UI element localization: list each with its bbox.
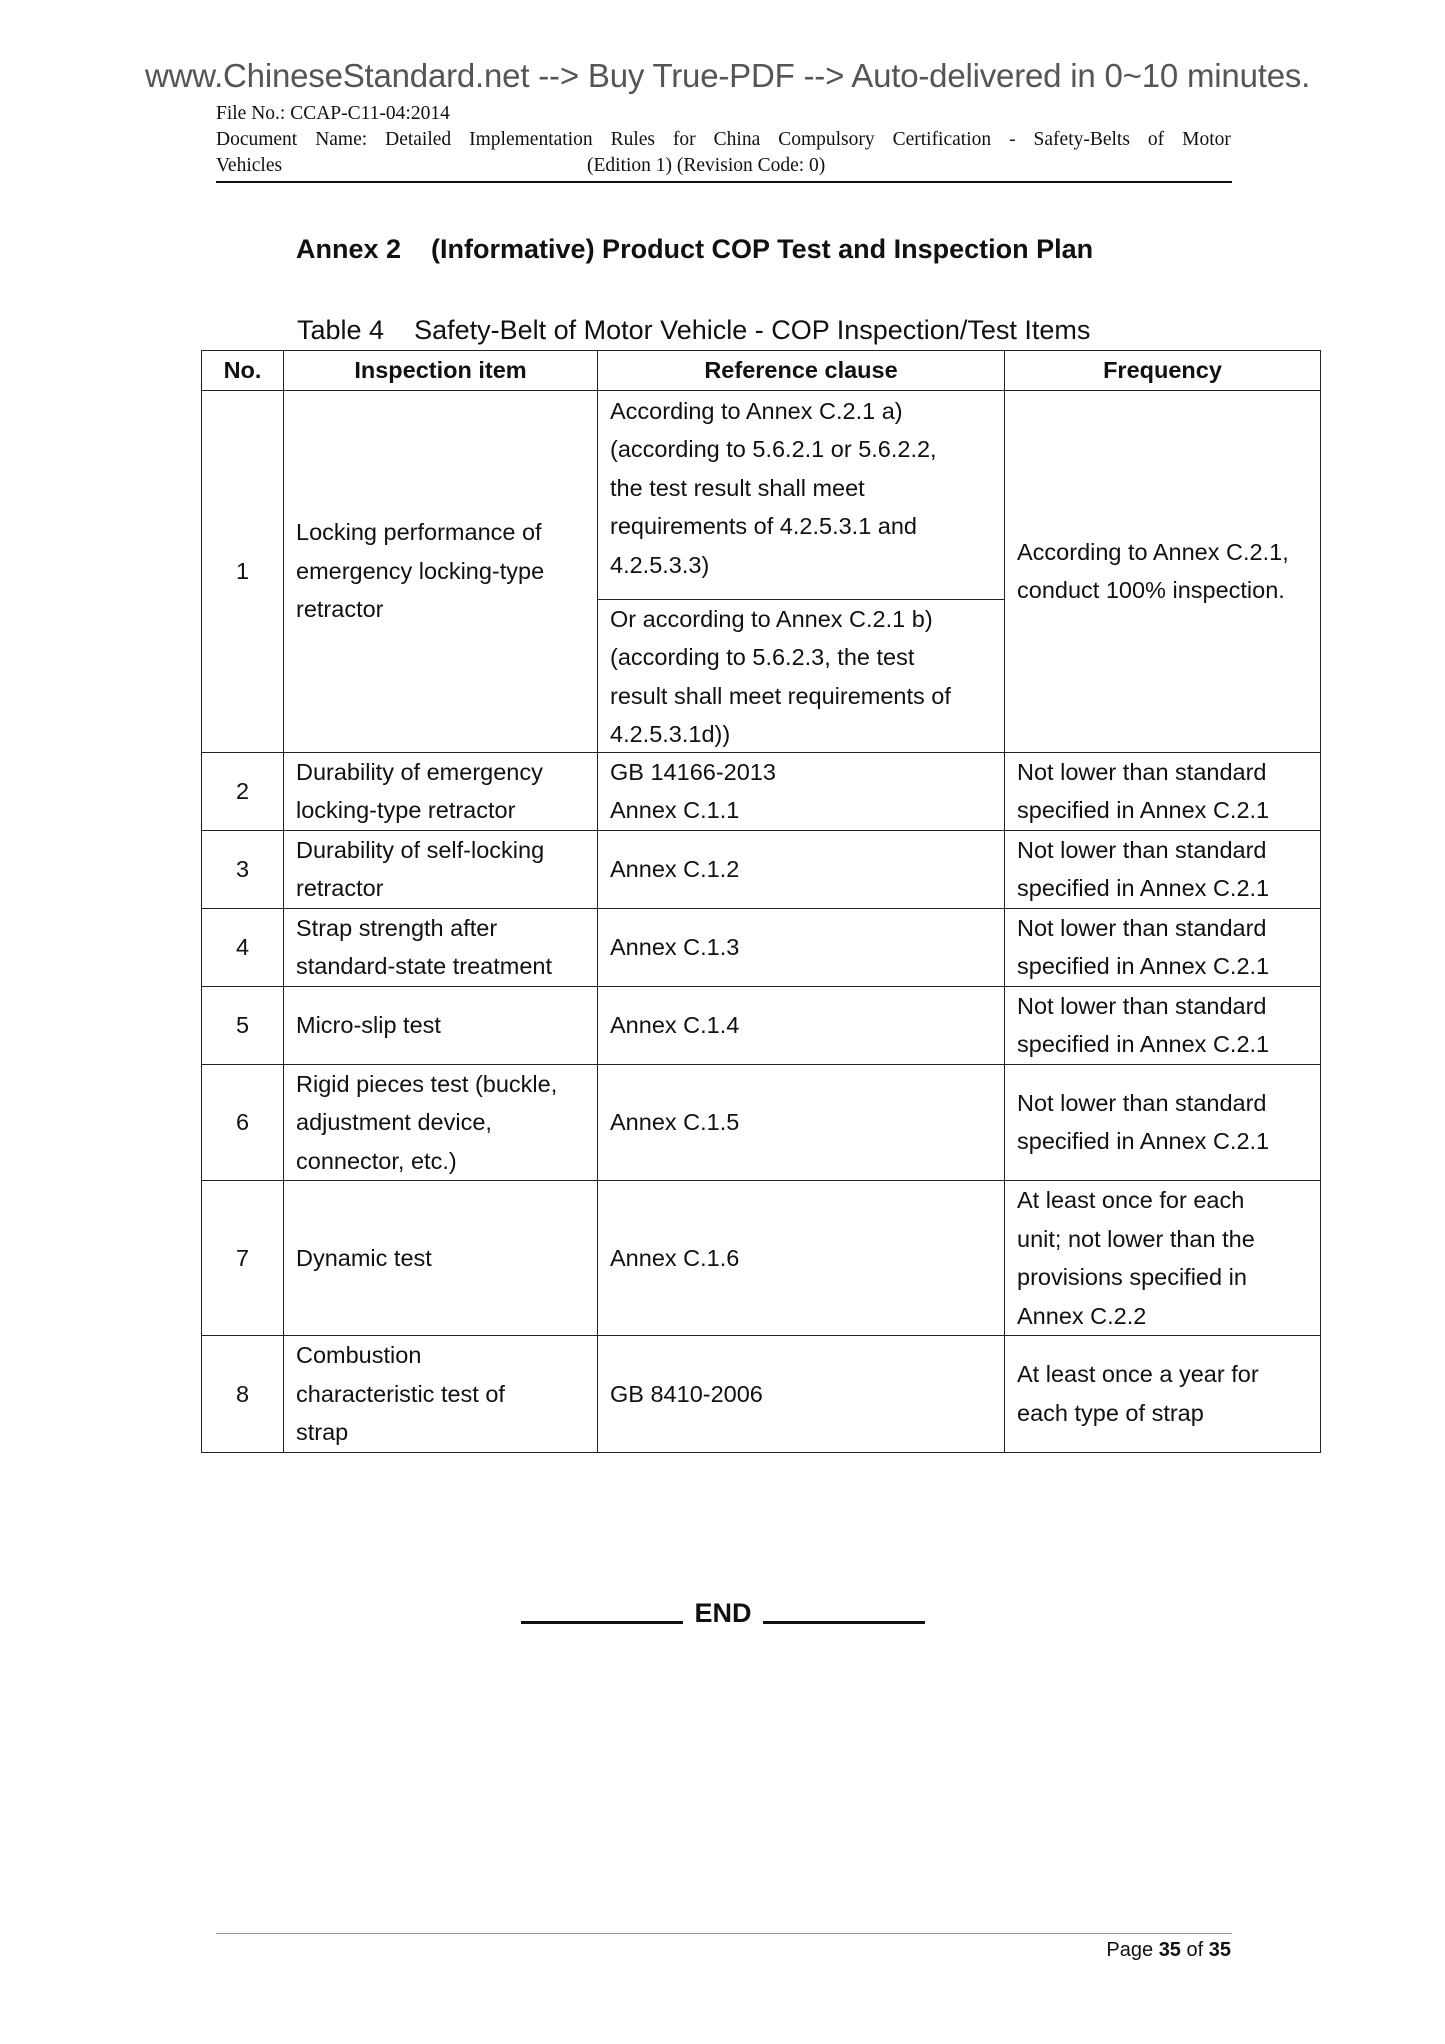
column-header-frequency: Frequency (1005, 351, 1321, 391)
header-divider (216, 181, 1232, 183)
page-number: Page 35 of 35 (1000, 1938, 1231, 1962)
frequency-line: unit; not lower than the (1017, 1220, 1310, 1259)
table-row: 7Dynamic testAnnex C.1.6At least once fo… (202, 1181, 1321, 1336)
inspection-item-line: Micro-slip test (296, 1006, 587, 1045)
frequency: Not lower than standardspecified in Anne… (1005, 908, 1321, 986)
inspection-item-line: retractor (296, 869, 587, 908)
document-name-word: Implementation (469, 128, 592, 152)
frequency-line: Annex C.2.2 (1017, 1297, 1310, 1336)
frequency-line: conduct 100% inspection. (1017, 571, 1310, 610)
reference-clause-line: the test result shall meet (610, 469, 994, 508)
inspection-item: Dynamic test (284, 1181, 598, 1336)
inspection-item-line: Rigid pieces test (buckle, (296, 1065, 587, 1104)
inspection-item-line: Dynamic test (296, 1239, 587, 1278)
inspection-item-line: strap (296, 1413, 587, 1452)
frequency-line: specified in Annex C.2.1 (1017, 791, 1310, 830)
table-row: 8Combustioncharacteristic test ofstrapGB… (202, 1336, 1321, 1453)
inspection-item-line: emergency locking-type (296, 552, 587, 591)
total-pages: 35 (1209, 1939, 1231, 1961)
document-name-word: for (673, 128, 696, 152)
frequency-line: At least once a year for (1017, 1355, 1310, 1394)
frequency-line: specified in Annex C.2.1 (1017, 1122, 1310, 1161)
reference-clause: Annex C.1.3 (598, 908, 1005, 986)
inspection-item: Strap strength afterstandard-state treat… (284, 908, 598, 986)
document-name-tail: Vehicles (216, 155, 282, 176)
end-rule-right (763, 1621, 925, 1624)
row-number: 2 (202, 752, 284, 830)
end-label: END (694, 1598, 751, 1628)
reference-clause-line: Annex C.1.2 (610, 850, 994, 889)
document-name-word: Rules (611, 128, 655, 152)
frequency: Not lower than standardspecified in Anne… (1005, 1064, 1321, 1181)
frequency-line: provisions specified in (1017, 1258, 1310, 1297)
reference-clause-line: (according to 5.6.2.3, the test (610, 638, 994, 677)
reference-clause: GB 14166-2013Annex C.1.1 (598, 752, 1005, 830)
frequency-line: Not lower than standard (1017, 831, 1310, 870)
reference-clause-line: Annex C.1.6 (610, 1239, 994, 1278)
reference-clause-line: Annex C.1.4 (610, 1006, 994, 1045)
document-name-word: Name: (315, 128, 367, 152)
inspection-item-line: Locking performance of (296, 513, 587, 552)
frequency-line: Not lower than standard (1017, 987, 1310, 1026)
footer-divider (216, 1933, 1232, 1934)
frequency-line: According to Annex C.2.1, (1017, 533, 1310, 572)
document-name-word: Safety-Belts (1034, 128, 1130, 152)
column-header-inspection-item: Inspection item (284, 351, 598, 391)
document-name-continued: Vehicles (Edition 1) (Revision Code: 0) (216, 154, 1231, 178)
reference-clause-line: According to Annex C.2.1 a) (610, 392, 994, 431)
page-prefix: Page (1106, 1939, 1153, 1961)
inspection-item-line: locking-type retractor (296, 791, 587, 830)
reference-clause-line: GB 8410-2006 (610, 1375, 994, 1414)
reference-clause: According to Annex C.2.1 a)(according to… (598, 390, 1005, 752)
frequency-line: specified in Annex C.2.1 (1017, 869, 1310, 908)
inspection-item-line: retractor (296, 590, 587, 629)
table-row: 6Rigid pieces test (buckle,adjustment de… (202, 1064, 1321, 1181)
table-row: 2Durability of emergencylocking-type ret… (202, 752, 1321, 830)
edition-info: (Edition 1) (Revision Code: 0) (587, 154, 825, 178)
reference-clause: GB 8410-2006 (598, 1336, 1005, 1453)
table-caption: Table 4 Safety-Belt of Motor Vehicle - C… (297, 313, 1157, 347)
end-marker: END (521, 1596, 925, 1628)
watermark-banner: www.ChineseStandard.net --> Buy True-PDF… (145, 56, 1300, 96)
reference-clause-option: According to Annex C.2.1 a)(according to… (598, 391, 1004, 600)
reference-clause-line: GB 14166-2013 (610, 753, 994, 792)
inspection-item: Rigid pieces test (buckle,adjustment dev… (284, 1064, 598, 1181)
row-number: 8 (202, 1336, 284, 1453)
row-number: 5 (202, 986, 284, 1064)
table-row: 4Strap strength afterstandard-state trea… (202, 908, 1321, 986)
row-number: 3 (202, 830, 284, 908)
inspection-item-line: Combustion (296, 1336, 587, 1375)
inspection-item-line: Durability of self-locking (296, 831, 587, 870)
reference-clause-line: Annex C.1.5 (610, 1103, 994, 1142)
reference-clause: Annex C.1.6 (598, 1181, 1005, 1336)
reference-clause-option: Or according to Annex C.2.1 b)(according… (598, 600, 1004, 752)
table-row: 5Micro-slip testAnnex C.1.4Not lower tha… (202, 986, 1321, 1064)
document-name-word: - (1009, 128, 1016, 152)
inspection-item-line: connector, etc.) (296, 1142, 587, 1181)
inspection-item-line: adjustment device, (296, 1103, 587, 1142)
reference-clause: Annex C.1.5 (598, 1064, 1005, 1181)
inspection-item-line: Strap strength after (296, 909, 587, 948)
row-number: 6 (202, 1064, 284, 1181)
current-page: 35 (1159, 1939, 1181, 1961)
inspection-item-line: Durability of emergency (296, 753, 587, 792)
table-header-row: No. Inspection item Reference clause Fre… (202, 351, 1321, 391)
frequency-line: specified in Annex C.2.1 (1017, 1025, 1310, 1064)
document-name-word: of (1148, 128, 1164, 152)
reference-clause-line: Or according to Annex C.2.1 b) (610, 600, 994, 639)
inspection-item: Combustioncharacteristic test ofstrap (284, 1336, 598, 1453)
frequency: According to Annex C.2.1,conduct 100% in… (1005, 390, 1321, 752)
frequency: At least once a year foreach type of str… (1005, 1336, 1321, 1453)
frequency: Not lower than standardspecified in Anne… (1005, 752, 1321, 830)
reference-clause-line: Annex C.1.3 (610, 928, 994, 967)
document-name: DocumentName:DetailedImplementationRules… (216, 128, 1231, 152)
document-name-word: Document (216, 128, 297, 152)
frequency: Not lower than standardspecified in Anne… (1005, 986, 1321, 1064)
reference-clause-line: Annex C.1.1 (610, 791, 994, 830)
reference-clause-line: requirements of 4.2.5.3.1 and (610, 507, 994, 546)
inspection-item: Durability of self-lockingretractor (284, 830, 598, 908)
table-row: 3Durability of self-lockingretractorAnne… (202, 830, 1321, 908)
column-header-reference-clause: Reference clause (598, 351, 1005, 391)
frequency-line: At least once for each (1017, 1181, 1310, 1220)
inspection-item-line: standard-state treatment (296, 947, 587, 986)
inspection-item-line: characteristic test of (296, 1375, 587, 1414)
document-name-word: Compulsory (778, 128, 874, 152)
document-name-word: China (714, 128, 761, 152)
inspection-item: Micro-slip test (284, 986, 598, 1064)
frequency: Not lower than standardspecified in Anne… (1005, 830, 1321, 908)
frequency-line: Not lower than standard (1017, 909, 1310, 948)
reference-clause: Annex C.1.4 (598, 986, 1005, 1064)
end-rule-left (521, 1621, 683, 1624)
file-number: File No.: CCAP-C11-04:2014 (216, 102, 1231, 126)
reference-clause-line: result shall meet requirements of (610, 677, 994, 716)
row-number: 7 (202, 1181, 284, 1336)
table-row: 1Locking performance ofemergency locking… (202, 390, 1321, 752)
page-separator: of (1187, 1939, 1204, 1961)
frequency-line: specified in Annex C.2.1 (1017, 947, 1310, 986)
reference-clause-line: (according to 5.6.2.1 or 5.6.2.2, (610, 430, 994, 469)
frequency: At least once for eachunit; not lower th… (1005, 1181, 1321, 1336)
document-name-word: Detailed (385, 128, 451, 152)
row-number: 1 (202, 390, 284, 752)
frequency-line: Not lower than standard (1017, 753, 1310, 792)
frequency-line: each type of strap (1017, 1394, 1310, 1433)
reference-clause: Annex C.1.2 (598, 830, 1005, 908)
inspection-item: Locking performance ofemergency locking-… (284, 390, 598, 752)
reference-clause-line: 4.2.5.3.1d)) (610, 715, 994, 754)
inspection-item: Durability of emergencylocking-type retr… (284, 752, 598, 830)
column-header-no: No. (202, 351, 284, 391)
reference-clause-line: 4.2.5.3.3) (610, 546, 994, 585)
row-number: 4 (202, 908, 284, 986)
cop-inspection-table: No. Inspection item Reference clause Fre… (201, 350, 1321, 1453)
frequency-line: Not lower than standard (1017, 1084, 1310, 1123)
annex-title: Annex 2 (Informative) Product COP Test a… (296, 232, 1156, 266)
document-name-word: Motor (1182, 128, 1231, 152)
document-name-word: Certification (893, 128, 992, 152)
